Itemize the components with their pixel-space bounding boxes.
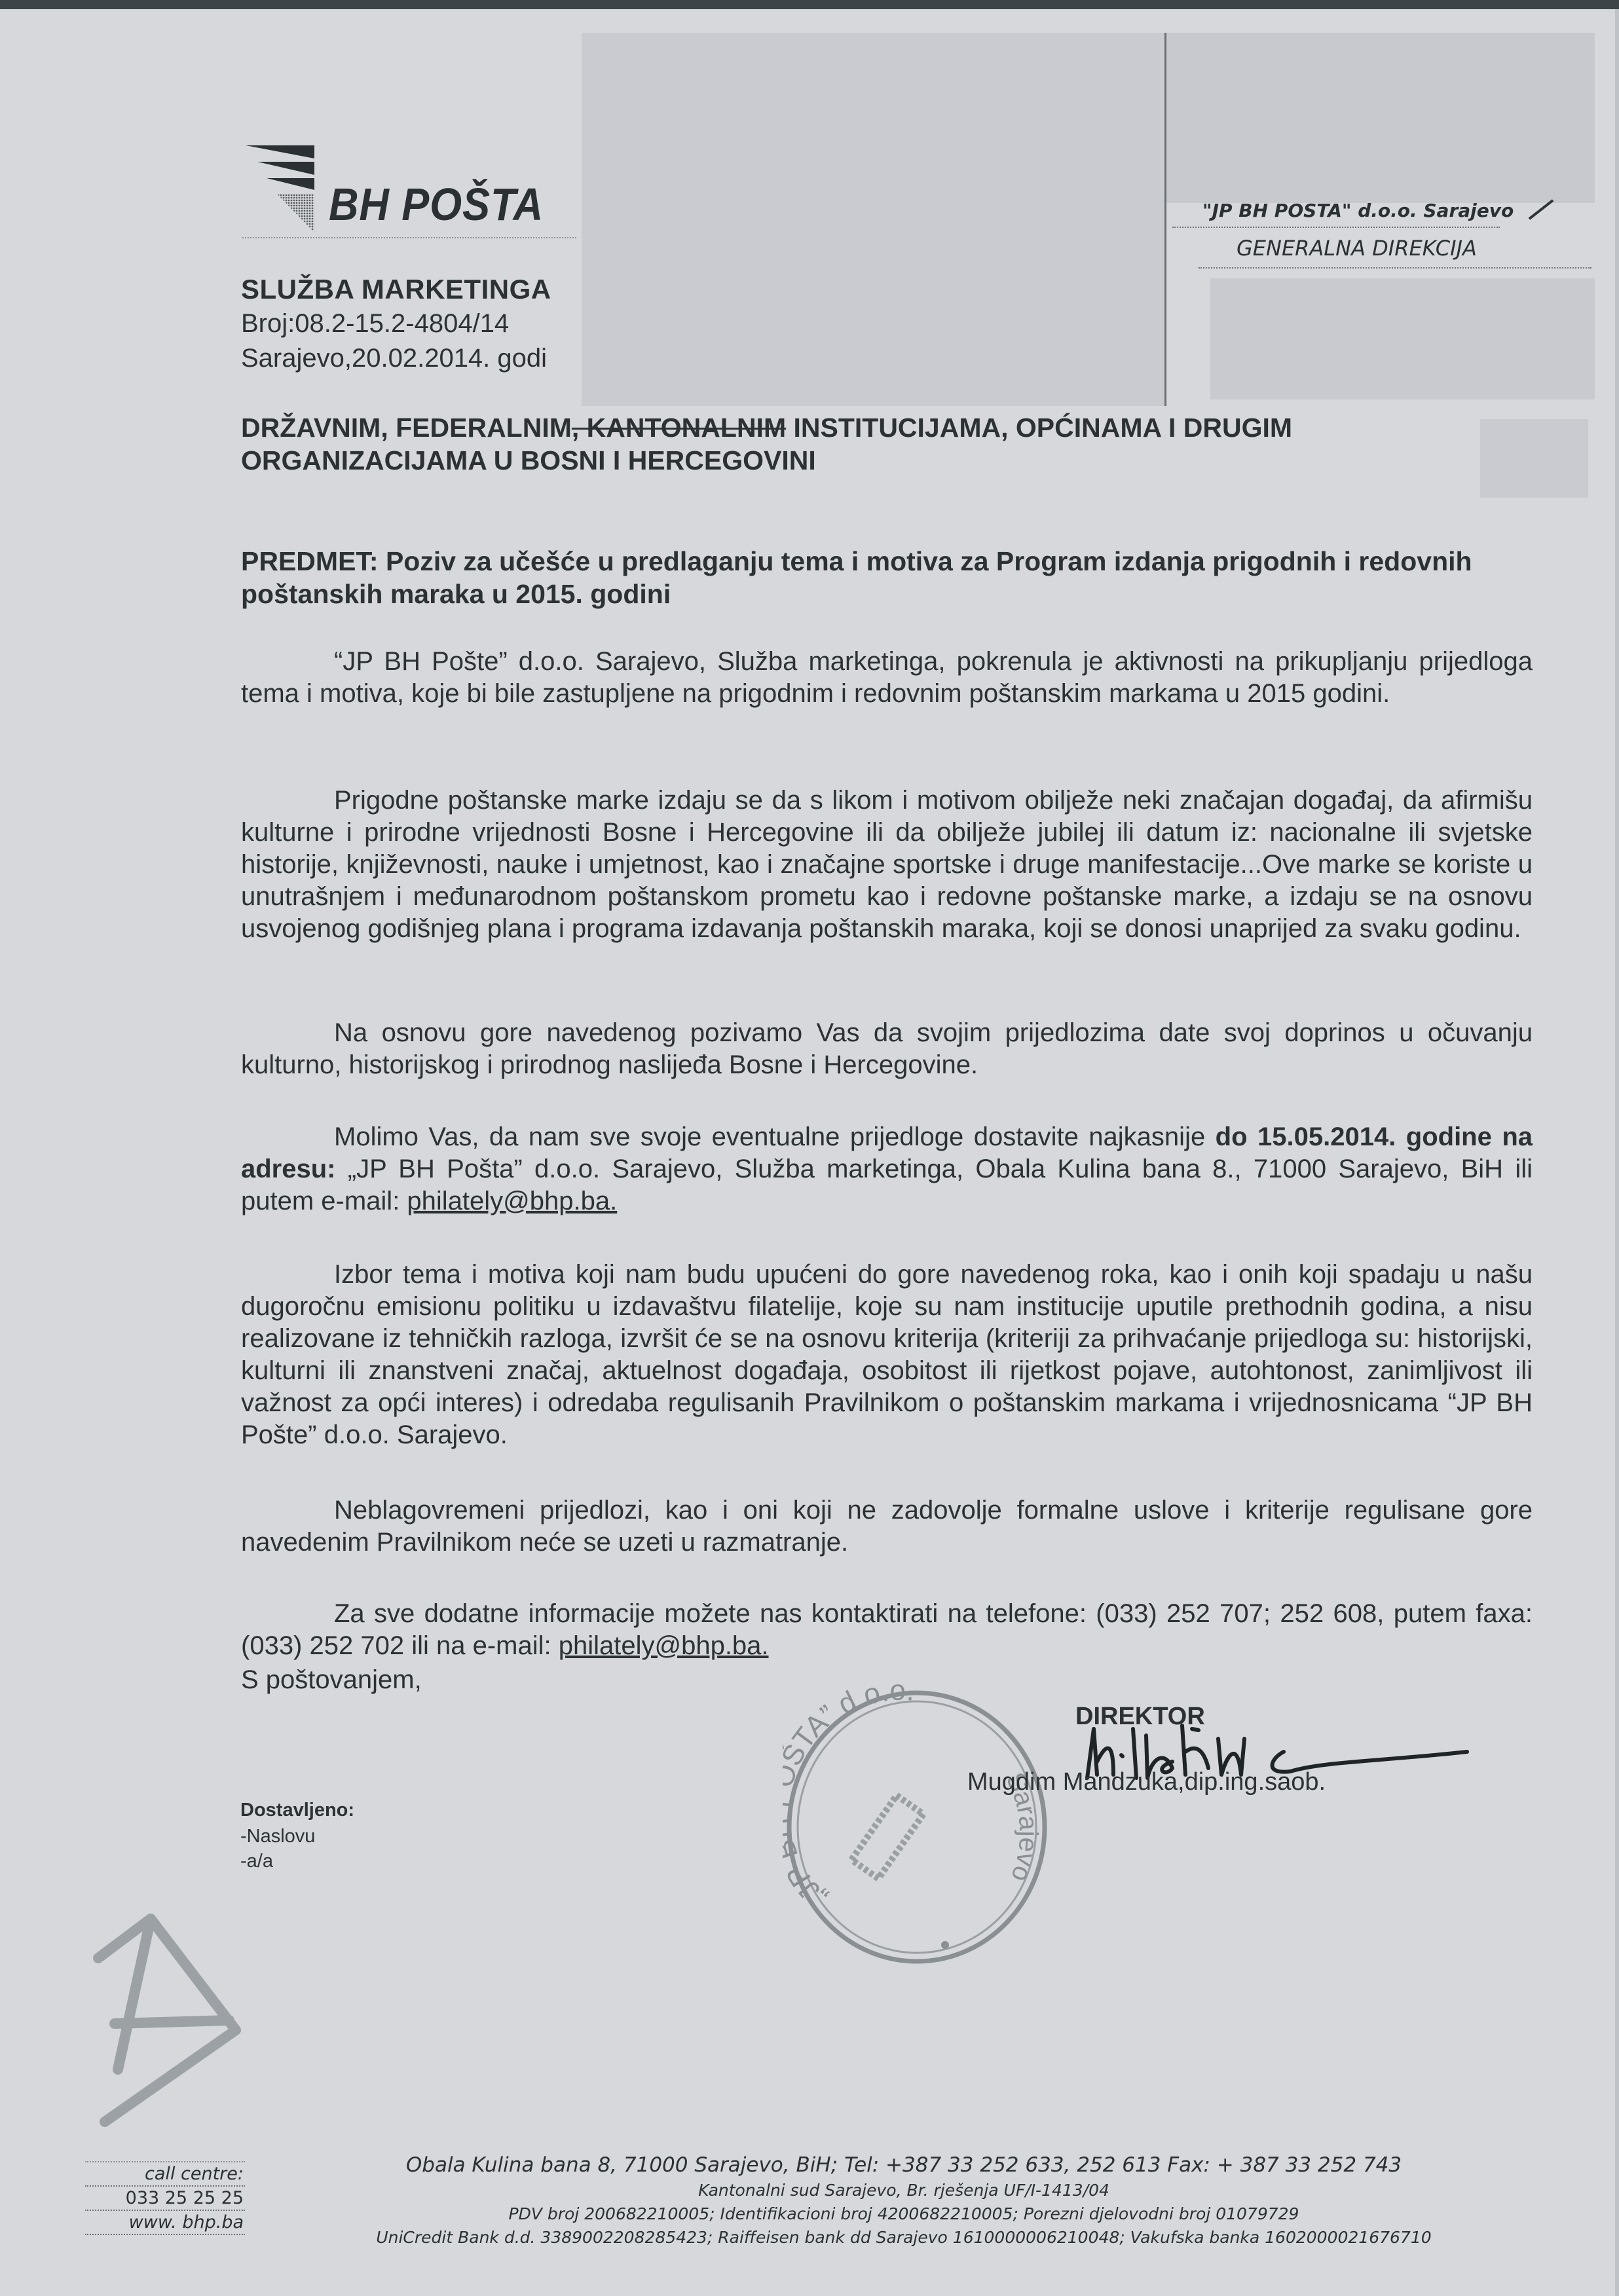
paragraph-text: Za sve dodatne informacije možete nas ko… bbox=[241, 1599, 1533, 1660]
email-link[interactable]: philately@bhp.ba. bbox=[407, 1187, 617, 1215]
recipient-struck-text: , KANTONALNIM bbox=[572, 413, 786, 443]
paragraph-text: Izbor tema i motiva koji nam budu upućen… bbox=[241, 1260, 1533, 1449]
letter-date: Sarajevo,20.02.2014. godi bbox=[241, 344, 547, 373]
paragraph-text: Prigodne poštanske marke izdaju se da s … bbox=[241, 786, 1533, 943]
distribution-label: Dostavljeno: bbox=[240, 1800, 354, 1821]
director-name: Mugdim Mandzuka,dip.ing.saob. bbox=[967, 1768, 1326, 1796]
reference-number: Broj:08.2-15.2-4804/14 bbox=[241, 309, 509, 339]
paragraph-text: “JP BH Pošte” d.o.o. Sarajevo, Služba ma… bbox=[241, 647, 1533, 708]
closing-salutation: S poštovanjem, bbox=[241, 1665, 422, 1695]
company-seal-icon: „JP BH POŠTA” d.o.o. Sarajevo bbox=[783, 1680, 1058, 1968]
recipient-text: INSTITUCIJAMA, OPĆINAMA I DRUGIM bbox=[786, 413, 1292, 443]
distribution-item: -a/a bbox=[240, 1851, 273, 1872]
call-centre-number: 033 25 25 25 bbox=[85, 2187, 245, 2211]
stamp-separator bbox=[1172, 227, 1500, 228]
subject-line: PREDMET: Poziv za učešće u predlaganju t… bbox=[241, 545, 1518, 610]
body-paragraph: Na osnovu gore navedenog pozivamo Vas da… bbox=[241, 1017, 1533, 1081]
recipient-block: DRŽAVNIM, FEDERALNIM, KANTONALNIM INSTIT… bbox=[241, 411, 1485, 477]
letterhead-rule bbox=[242, 237, 576, 238]
body-paragraph: Molimo Vas, da nam sve svoje eventualne … bbox=[241, 1121, 1533, 1217]
scan-top-border bbox=[0, 0, 1619, 9]
footer-tax-ids: PDV broj 200682210005; Identifikacioni b… bbox=[262, 2202, 1546, 2226]
body-paragraph: Prigodne poštanske marke izdaju se da s … bbox=[241, 785, 1533, 945]
stamp-company: "JP BH POSTA" d.o.o. Sarajevo bbox=[1199, 200, 1591, 221]
body-paragraph: Za sve dodatne informacije možete nas ko… bbox=[241, 1598, 1533, 1662]
recipient-text: ORGANIZACIJAMA U BOSNI I HERCEGOVINI bbox=[241, 445, 816, 475]
email-link[interactable]: philately@bhp.ba. bbox=[559, 1631, 769, 1660]
redacted-area bbox=[1480, 419, 1588, 498]
body-paragraph: “JP BH Pošte” d.o.o. Sarajevo, Služba ma… bbox=[241, 646, 1533, 710]
received-stamp: "JP BH POSTA" d.o.o. Sarajevo GENERALNA … bbox=[1199, 200, 1591, 268]
distribution-item: -Naslovu bbox=[240, 1826, 315, 1847]
website-link[interactable]: www. bhp.ba bbox=[85, 2211, 245, 2235]
scan-divider bbox=[1164, 33, 1166, 406]
pencil-annotation-icon bbox=[92, 1906, 262, 2128]
recipient-text: DRŽAVNIM, FEDERALNIM bbox=[241, 413, 572, 443]
body-paragraph: Neblagovremeni prijedlozi, kao i oni koj… bbox=[241, 1494, 1533, 1559]
stamp-separator bbox=[1199, 267, 1591, 268]
redacted-area bbox=[1210, 278, 1595, 399]
paragraph-text: Na osnovu gore navedenog pozivamo Vas da… bbox=[241, 1018, 1533, 1079]
department-name: SLUŽBA MARKETINGA bbox=[241, 274, 551, 305]
body-paragraph: Izbor tema i motiva koji nam budu upućen… bbox=[241, 1259, 1533, 1451]
paragraph-text: Molimo Vas, da nam sve svoje eventualne … bbox=[334, 1122, 1216, 1151]
footer-court-registration: Kantonalni sud Sarajevo, Br. rješenja UF… bbox=[262, 2179, 1546, 2202]
letter-footer: Obala Kulina bana 8, 71000 Sarajevo, BiH… bbox=[262, 2151, 1546, 2250]
redacted-area bbox=[582, 33, 1164, 406]
paragraph-text: Neblagovremeni prijedlozi, kao i oni koj… bbox=[241, 1496, 1533, 1557]
call-centre-box: call centre: 033 25 25 25 www. bhp.ba bbox=[85, 2161, 245, 2235]
footer-bank-accounts: UniCredit Bank d.d. 3389002208285423; Ra… bbox=[262, 2226, 1546, 2250]
stamp-unit: GENERALNA DIREKCIJA bbox=[1199, 236, 1591, 261]
footer-address: Obala Kulina bana 8, 71000 Sarajevo, BiH… bbox=[262, 2151, 1546, 2179]
redacted-area bbox=[1166, 33, 1595, 203]
call-centre-label: call centre: bbox=[85, 2161, 245, 2187]
scan-right-edge bbox=[1615, 9, 1619, 2296]
logo-wordmark: BH POŠTA bbox=[329, 178, 544, 231]
